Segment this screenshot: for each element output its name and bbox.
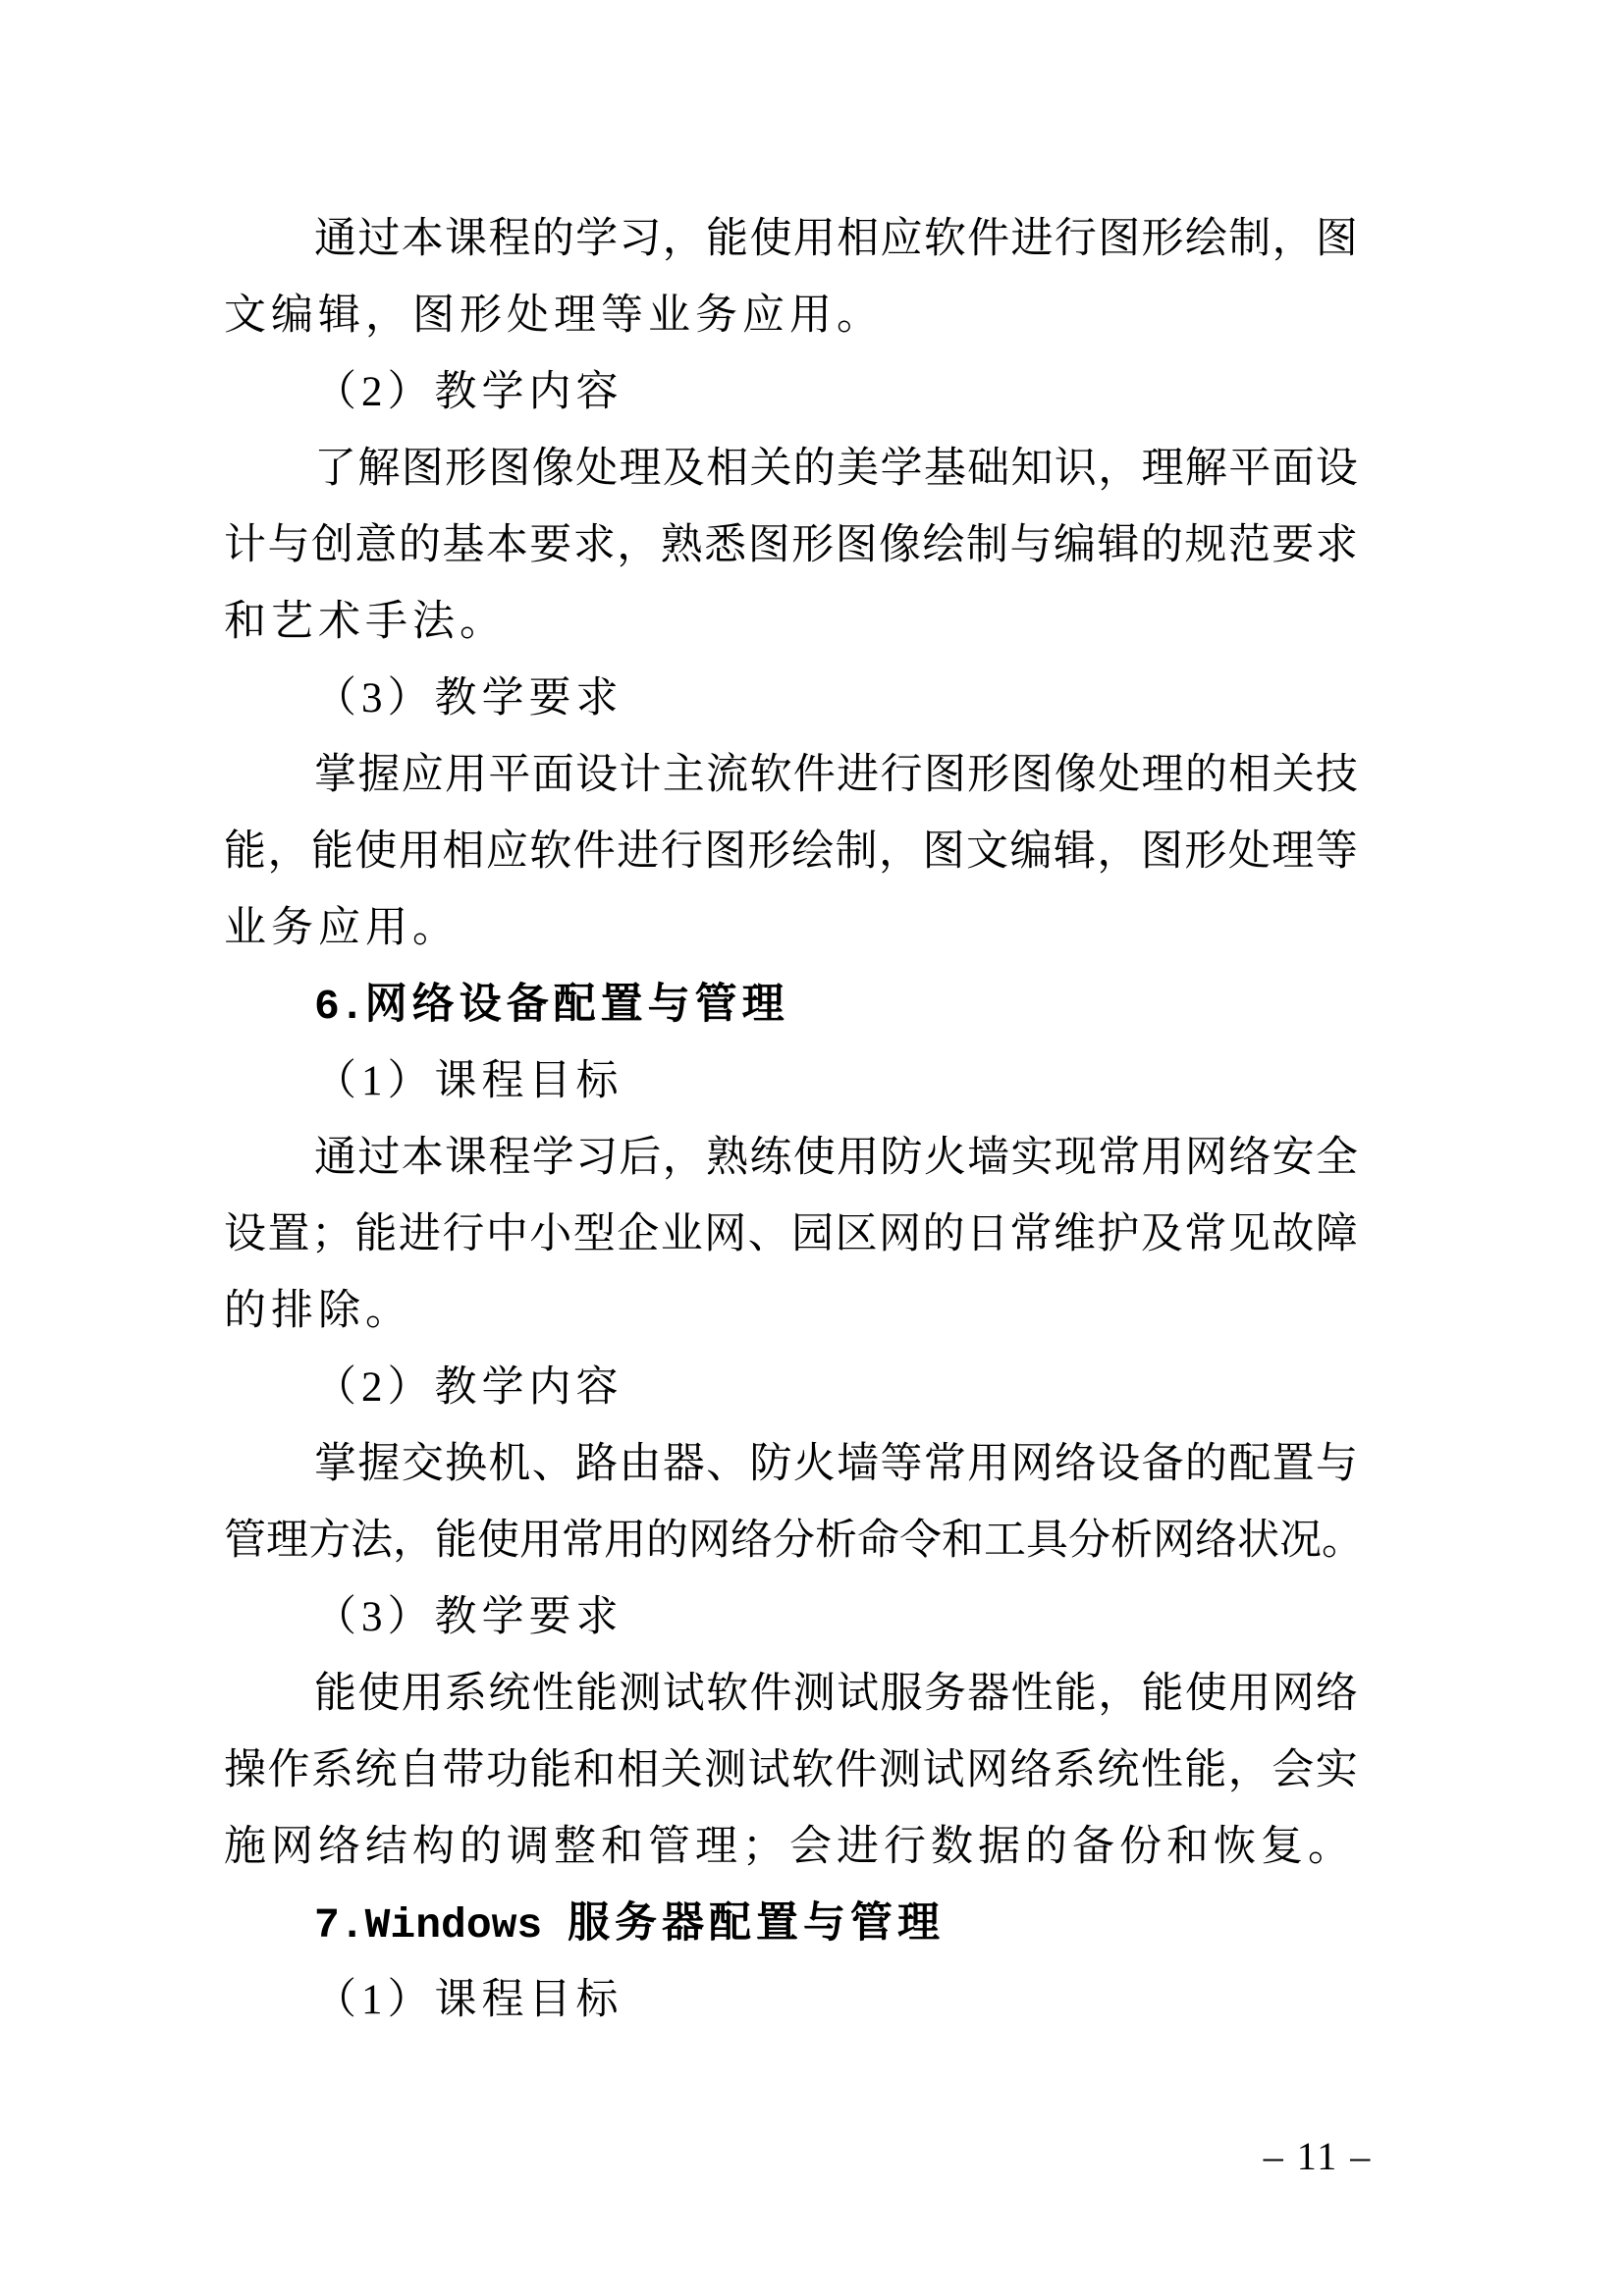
text-line: 和艺术手法。 [224,584,1358,661]
text-line: 文编辑，图形处理等业务应用。 [224,278,1358,354]
text-line: 管理方法，能使用常用的网络分析命令和工具分析网络状况。 [224,1503,1358,1579]
text-line: 的排除。 [224,1273,1358,1350]
heading-cjk-text: 服务器配置与管理 [568,1900,945,1947]
document-page: 通过本课程的学习，能使用相应软件进行图形绘制，图文编辑，图形处理等业务应用。（2… [0,0,1624,2296]
text-line: （3）教学要求 [314,661,1358,737]
heading-line: 6.网络设备配置与管理 [314,967,1358,1043]
text-line: 掌握应用平面设计主流软件进行图形图像处理的相关技 [314,737,1358,814]
text-line: （1）课程目标 [314,1962,1358,2039]
text-line: 计与创意的基本要求，熟悉图形图像绘制与编辑的规范要求 [224,507,1358,584]
text-line: 设置；能进行中小型企业网、园区网的日常维护及常见故障 [224,1197,1358,1273]
heading-latin-prefix: 7.Windows [314,1901,568,1949]
heading-line: 7.Windows 服务器配置与管理 [314,1886,1358,1962]
text-line: 能，能使用相应软件进行图形绘制，图文编辑，图形处理等 [224,814,1358,890]
text-line: 能使用系统性能测试软件测试服务器性能，能使用网络 [314,1656,1358,1733]
text-body: 通过本课程的学习，能使用相应软件进行图形绘制，图文编辑，图形处理等业务应用。（2… [224,201,1358,2039]
text-line: （3）教学要求 [314,1579,1358,1656]
page-number: – 11 – [1239,2135,1396,2178]
text-line: 操作系统自带功能和相关测试软件测试网络系统性能，会实 [224,1733,1358,1809]
text-line: 施网络结构的调整和管理；会进行数据的备份和恢复。 [224,1809,1358,1886]
text-line: 通过本课程的学习，能使用相应软件进行图形绘制，图 [314,201,1358,278]
heading-latin-prefix: 6. [314,983,365,1031]
text-line: 掌握交换机、路由器、防火墙等常用网络设备的配置与 [314,1426,1358,1503]
text-line: （2）教学内容 [314,354,1358,431]
text-line: 了解图形图像处理及相关的美学基础知识，理解平面设 [314,431,1358,507]
text-line: （1）课程目标 [314,1043,1358,1120]
text-line: 通过本课程学习后，熟练使用防火墙实现常用网络安全 [314,1120,1358,1197]
text-line: 业务应用。 [224,890,1358,967]
heading-cjk-text: 网络设备配置与管理 [365,982,789,1028]
text-line: （2）教学内容 [314,1350,1358,1426]
